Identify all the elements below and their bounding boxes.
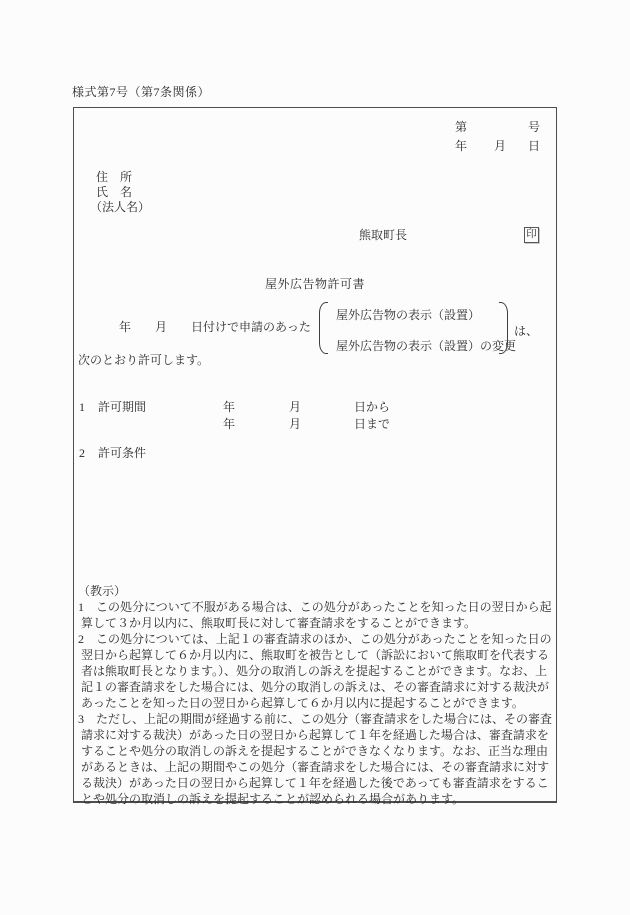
right-brace-icon (499, 302, 508, 354)
document-frame: 第 号 年 月 日 住 所 氏 名 （法人名） 熊取町長 印 屋外広告物許可書 … (73, 107, 557, 803)
permit-conditions-number: 2 (79, 446, 85, 460)
recipient-address-label: 住 所 (96, 170, 132, 184)
header-date-year: 年 (455, 139, 467, 153)
recipient-name-label: 氏 名 (96, 185, 132, 199)
issuer-title: 熊取町長 (359, 228, 407, 242)
permit-period-number: 1 (79, 400, 85, 414)
application-closing: 次のとおり許可します。 (78, 353, 209, 367)
notice-line: 記１の審査請求をした場合には、処分の取消しの訴えは、その審査請求に対する裁決が (78, 679, 556, 695)
notice-line: （教示） (78, 583, 556, 599)
doc-number-suffix: 号 (528, 120, 540, 134)
notice-line: することや処分の取消しの訴えを提起することができなくなります。なお、正当な理由 (78, 743, 556, 759)
period-to-month: 月 (289, 417, 301, 431)
notice-line: 2 この処分については、上記１の審査請求のほか、この処分があったことを知った日の (78, 631, 556, 647)
notice-line: 翌日から起算して６か月以内に、熊取町を被告として（訴訟において熊取町を代表する (78, 647, 556, 663)
notice-line: 3 ただし、上記の期間が経過する前に、この処分（審査請求をした場合には、その審査 (78, 711, 556, 727)
period-from-day: 日から (354, 400, 390, 414)
permit-period-label: 許可期間 (98, 400, 146, 414)
notice-line: 請求に対する裁決）があった日の翌日から起算して１年を経過した場合は、審査請求を (78, 727, 556, 743)
header-date-day: 日 (528, 139, 540, 153)
application-options-suffix: は、 (514, 324, 538, 338)
notice-section: （教示）1 この処分について不服がある場合は、この処分があったことを知った日の翌… (78, 583, 556, 807)
notice-line: る裁決）があった日の翌日から起算して１年を経過した後であっても審査請求をするこ (78, 775, 556, 791)
document-page: 様式第7号（第7条関係） 第 号 年 月 日 住 所 氏 名 （法人名） 熊取町… (0, 0, 630, 915)
notice-line: あったことを知った日の翌日から起算して６か月以内に提起することができます。 (78, 695, 556, 711)
period-from-month: 月 (289, 400, 301, 414)
left-brace-icon (319, 302, 328, 354)
application-option-display: 屋外広告物の表示（設置） (336, 308, 480, 322)
form-number-label: 様式第7号（第7条関係） (72, 83, 210, 100)
seal-mark: 印 (524, 227, 539, 243)
notice-line: があるときは、上記の期間やこの処分（審査請求をした場合には、その審査請求に対す (78, 759, 556, 775)
doc-number-prefix: 第 (455, 120, 467, 134)
notice-line: 者は熊取町長となります。）、処分の取消しの訴えを提起することができます。なお、上 (78, 663, 556, 679)
notice-line: 算して３か月以内に、熊取町長に対して審査請求をすることができます。 (78, 615, 556, 631)
header-date-month: 月 (494, 139, 506, 153)
period-to-year: 年 (223, 417, 235, 431)
application-date-phrase: 年 月 日付けで申請のあった (119, 320, 311, 334)
period-to-day: 日まで (354, 417, 390, 431)
application-option-change: 屋外広告物の表示（設置）の変更 (336, 339, 516, 353)
document-title: 屋外広告物許可書 (74, 275, 556, 292)
period-from-year: 年 (223, 400, 235, 414)
recipient-corporate-label: （法人名） (90, 200, 150, 214)
notice-line: 1 この処分について不服がある場合は、この処分があったことを知った日の翌日から起 (78, 599, 556, 615)
permit-conditions-label: 許可条件 (98, 446, 146, 460)
notice-line: とや処分の取消しの訴えを提起することが認められる場合があります。 (78, 791, 556, 807)
